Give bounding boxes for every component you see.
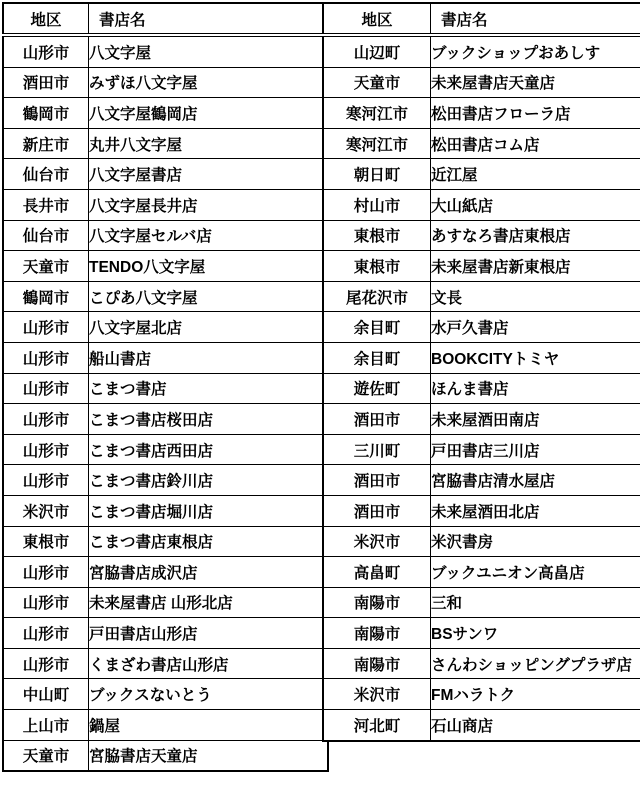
district-cell: 仙台市: [3, 159, 89, 190]
bookstore-name-cell: こぴあ八文字屋: [89, 281, 329, 312]
table-row: 寒河江市松田書店フローラ店: [323, 98, 640, 129]
bookstore-name-cell: 未来屋書店天童店: [431, 67, 640, 98]
district-cell: 上山市: [3, 710, 89, 741]
bookstore-name-cell: TENDO八文字屋: [89, 251, 329, 282]
district-cell: 南陽市: [323, 648, 431, 679]
table-row: 鶴岡市八文字屋鶴岡店: [3, 98, 328, 129]
bookstore-name-cell: FMハラトク: [431, 679, 640, 710]
table-row: 山形市八文字屋: [3, 35, 328, 67]
bookstore-name-cell: ブックショップおあしす: [431, 35, 640, 67]
district-cell: 米沢市: [323, 679, 431, 710]
table-row: 天童市宮脇書店天童店: [3, 740, 328, 771]
table-row: 余目町BOOKCITYトミヤ: [323, 342, 640, 373]
district-cell: 山形市: [3, 465, 89, 496]
bookstore-name-cell: 八文字屋鶴岡店: [89, 98, 329, 129]
district-cell: 南陽市: [323, 618, 431, 649]
bookstore-name-cell: 文長: [431, 281, 640, 312]
table-row: 山形市こまつ書店西田店: [3, 434, 328, 465]
bookstore-name-cell: あすなろ書店東根店: [431, 220, 640, 251]
table-body: 山辺町ブックショップおあしす天童市未来屋書店天童店寒河江市松田書店フローラ店寒河…: [323, 35, 640, 741]
bookstore-name-cell: ブックユニオン高畠店: [431, 557, 640, 588]
district-cell: 東根市: [3, 526, 89, 557]
bookstore-name-cell: 米沢書房: [431, 526, 640, 557]
table-row: 遊佐町ほんま書店: [323, 373, 640, 404]
bookstore-name-cell: 未来屋酒田北店: [431, 495, 640, 526]
table-header: 地区 書店名: [323, 3, 640, 35]
district-cell: 寒河江市: [323, 98, 431, 129]
table-row: 東根市あすなろ書店東根店: [323, 220, 640, 251]
bookstore-name-cell: 三和: [431, 587, 640, 618]
bookstore-name-cell: 丸井八文字屋: [89, 128, 329, 159]
bookstore-table-right: 地区 書店名 山辺町ブックショップおあしす天童市未来屋書店天童店寒河江市松田書店…: [322, 2, 640, 742]
district-cell: 山形市: [3, 404, 89, 435]
table-row: 山形市くまざわ書店山形店: [3, 648, 328, 679]
district-cell: 中山町: [3, 679, 89, 710]
bookstore-name-cell: 石山商店: [431, 710, 640, 741]
district-cell: 酒田市: [323, 495, 431, 526]
bookstore-name-cell: BSサンワ: [431, 618, 640, 649]
district-cell: 新庄市: [3, 128, 89, 159]
bookstore-name-cell: 八文字屋書店: [89, 159, 329, 190]
table-row: 山形市未来屋書店 山形北店: [3, 587, 328, 618]
table-row: 上山市鍋屋: [3, 710, 328, 741]
bookstore-name-cell: 宮脇書店成沢店: [89, 557, 329, 588]
district-cell: 山形市: [3, 587, 89, 618]
district-column-header: 地区: [3, 3, 89, 35]
district-cell: 村山市: [323, 189, 431, 220]
table-row: 山形市こまつ書店: [3, 373, 328, 404]
district-cell: 東根市: [323, 251, 431, 282]
district-cell: 酒田市: [323, 465, 431, 496]
table-row: 酒田市未来屋酒田南店: [323, 404, 640, 435]
bookstore-name-cell: 水戸久書店: [431, 312, 640, 343]
district-cell: 山形市: [3, 373, 89, 404]
district-cell: 天童市: [323, 67, 431, 98]
district-cell: 天童市: [3, 251, 89, 282]
table-row: 東根市未来屋書店新東根店: [323, 251, 640, 282]
district-cell: 長井市: [3, 189, 89, 220]
district-cell: 三川町: [323, 434, 431, 465]
bookstore-name-cell: 大山紙店: [431, 189, 640, 220]
table-row: 酒田市みずほ八文字屋: [3, 67, 328, 98]
table-row: 山形市八文字屋北店: [3, 312, 328, 343]
district-cell: 山形市: [3, 557, 89, 588]
district-cell: 山形市: [3, 434, 89, 465]
table-row: 米沢市米沢書房: [323, 526, 640, 557]
table-row: 高畠町ブックユニオン高畠店: [323, 557, 640, 588]
district-cell: 米沢市: [323, 526, 431, 557]
table-row: 仙台市八文字屋セルバ店: [3, 220, 328, 251]
bookstore-name-cell: 未来屋書店新東根店: [431, 251, 640, 282]
bookstore-name-cell: BOOKCITYトミヤ: [431, 342, 640, 373]
table-row: 新庄市丸井八文字屋: [3, 128, 328, 159]
district-cell: 仙台市: [3, 220, 89, 251]
table-row: 鶴岡市こぴあ八文字屋: [3, 281, 328, 312]
bookstore-name-cell: 八文字屋: [89, 35, 329, 67]
district-cell: 天童市: [3, 740, 89, 771]
table-row: 米沢市FMハラトク: [323, 679, 640, 710]
bookstore-name-cell: 近江屋: [431, 159, 640, 190]
table-row: 寒河江市松田書店コム店: [323, 128, 640, 159]
bookstore-name-cell: 宮脇書店清水屋店: [431, 465, 640, 496]
table-row: 米沢市こまつ書店堀川店: [3, 495, 328, 526]
district-cell: 余目町: [323, 342, 431, 373]
table-row: 南陽市さんわショッピングプラザ店: [323, 648, 640, 679]
table-row: 天童市未来屋書店天童店: [323, 67, 640, 98]
district-cell: 山辺町: [323, 35, 431, 67]
bookstore-name-cell: 松田書店フローラ店: [431, 98, 640, 129]
district-cell: 山形市: [3, 618, 89, 649]
bookstore-name-cell: 八文字屋北店: [89, 312, 329, 343]
bookstore-name-cell: 未来屋酒田南店: [431, 404, 640, 435]
table-row: 南陽市三和: [323, 587, 640, 618]
table-row: 山形市戸田書店山形店: [3, 618, 328, 649]
table-row: 仙台市八文字屋書店: [3, 159, 328, 190]
bookstore-name-cell: こまつ書店桜田店: [89, 404, 329, 435]
bookstore-name-cell: こまつ書店堀川店: [89, 495, 329, 526]
table-row: 朝日町近江屋: [323, 159, 640, 190]
district-cell: 米沢市: [3, 495, 89, 526]
bookstore-name-cell: 八文字屋長井店: [89, 189, 329, 220]
district-cell: 朝日町: [323, 159, 431, 190]
bookstore-table-left: 地区 書店名 山形市八文字屋酒田市みずほ八文字屋鶴岡市八文字屋鶴岡店新庄市丸井八…: [2, 2, 329, 772]
district-cell: 南陽市: [323, 587, 431, 618]
bookstore-name-column-header: 書店名: [431, 3, 640, 35]
table-row: 村山市大山紙店: [323, 189, 640, 220]
bookstore-name-cell: 船山書店: [89, 342, 329, 373]
bookstore-name-cell: こまつ書店西田店: [89, 434, 329, 465]
district-cell: 寒河江市: [323, 128, 431, 159]
header-row: 地区 書店名: [3, 3, 328, 35]
district-cell: 河北町: [323, 710, 431, 741]
bookstore-name-cell: こまつ書店東根店: [89, 526, 329, 557]
bookstore-name-cell: 松田書店コム店: [431, 128, 640, 159]
district-cell: 東根市: [323, 220, 431, 251]
table-row: 酒田市宮脇書店清水屋店: [323, 465, 640, 496]
table-row: 天童市TENDO八文字屋: [3, 251, 328, 282]
district-cell: 鶴岡市: [3, 281, 89, 312]
table-row: 南陽市BSサンワ: [323, 618, 640, 649]
header-row: 地区 書店名: [323, 3, 640, 35]
table-row: 山辺町ブックショップおあしす: [323, 35, 640, 67]
district-cell: 山形市: [3, 342, 89, 373]
bookstore-name-cell: ほんま書店: [431, 373, 640, 404]
district-cell: 余目町: [323, 312, 431, 343]
table-row: 山形市船山書店: [3, 342, 328, 373]
district-cell: 山形市: [3, 648, 89, 679]
bookstore-name-cell: 未来屋書店 山形北店: [89, 587, 329, 618]
bookstore-name-cell: こまつ書店鈴川店: [89, 465, 329, 496]
table-row: 東根市こまつ書店東根店: [3, 526, 328, 557]
district-cell: 酒田市: [3, 67, 89, 98]
district-cell: 酒田市: [323, 404, 431, 435]
district-cell: 尾花沢市: [323, 281, 431, 312]
district-cell: 山形市: [3, 312, 89, 343]
bookstore-name-cell: みずほ八文字屋: [89, 67, 329, 98]
table-row: 余目町水戸久書店: [323, 312, 640, 343]
bookstore-name-cell: 戸田書店三川店: [431, 434, 640, 465]
bookstore-name-cell: ブックスないとう: [89, 679, 329, 710]
bookstore-name-cell: 戸田書店山形店: [89, 618, 329, 649]
bookstore-name-cell: さんわショッピングプラザ店: [431, 648, 640, 679]
district-cell: 鶴岡市: [3, 98, 89, 129]
district-cell: 山形市: [3, 35, 89, 67]
bookstore-name-cell: 鍋屋: [89, 710, 329, 741]
table-row: 酒田市未来屋酒田北店: [323, 495, 640, 526]
bookstore-name-cell: くまざわ書店山形店: [89, 648, 329, 679]
district-cell: 遊佐町: [323, 373, 431, 404]
table-row: 山形市こまつ書店桜田店: [3, 404, 328, 435]
bookstore-name-cell: こまつ書店: [89, 373, 329, 404]
bookstore-name-cell: 八文字屋セルバ店: [89, 220, 329, 251]
table-row: 三川町戸田書店三川店: [323, 434, 640, 465]
bookstore-name-column-header: 書店名: [89, 3, 329, 35]
table-row: 山形市こまつ書店鈴川店: [3, 465, 328, 496]
table-header: 地区 書店名: [3, 3, 328, 35]
bookstore-name-cell: 宮脇書店天童店: [89, 740, 329, 771]
table-row: 長井市八文字屋長井店: [3, 189, 328, 220]
district-column-header: 地区: [323, 3, 431, 35]
table-row: 尾花沢市文長: [323, 281, 640, 312]
table-body: 山形市八文字屋酒田市みずほ八文字屋鶴岡市八文字屋鶴岡店新庄市丸井八文字屋仙台市八…: [3, 35, 328, 771]
district-cell: 高畠町: [323, 557, 431, 588]
table-row: 中山町ブックスないとう: [3, 679, 328, 710]
table-row: 山形市宮脇書店成沢店: [3, 557, 328, 588]
table-row: 河北町石山商店: [323, 710, 640, 741]
